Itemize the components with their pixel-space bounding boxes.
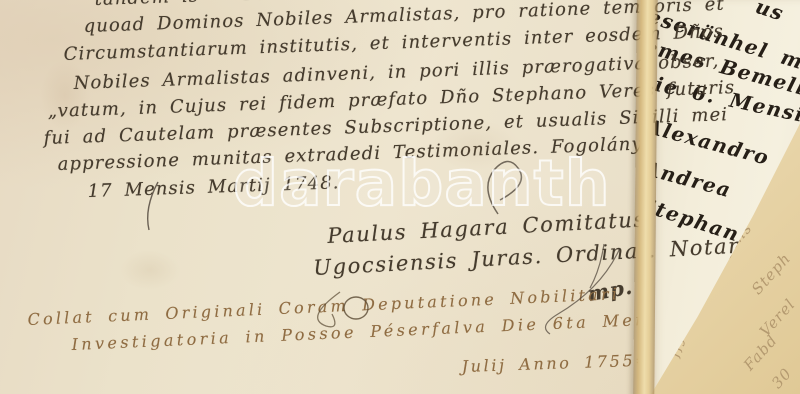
faint-text-fragment: Fabd [740, 331, 781, 374]
faint-text-fragment: 30 [768, 364, 795, 392]
page-fore-edge [633, 0, 658, 394]
collation-note-line: Julij Anno 1755= [461, 350, 651, 376]
faint-text-fragment: Verel [756, 295, 799, 340]
manuscript-photo: us eserünhel meg emes Bemellyeh ie 6. Me… [0, 0, 800, 394]
faint-text-fragment: Steph [748, 249, 794, 298]
paper-stain [120, 250, 180, 290]
manuscript-line: 17 Mensis Martij 1748. [87, 172, 340, 202]
main-page: tandem is — Scilicet, illis quoad Domino… [0, 0, 655, 394]
